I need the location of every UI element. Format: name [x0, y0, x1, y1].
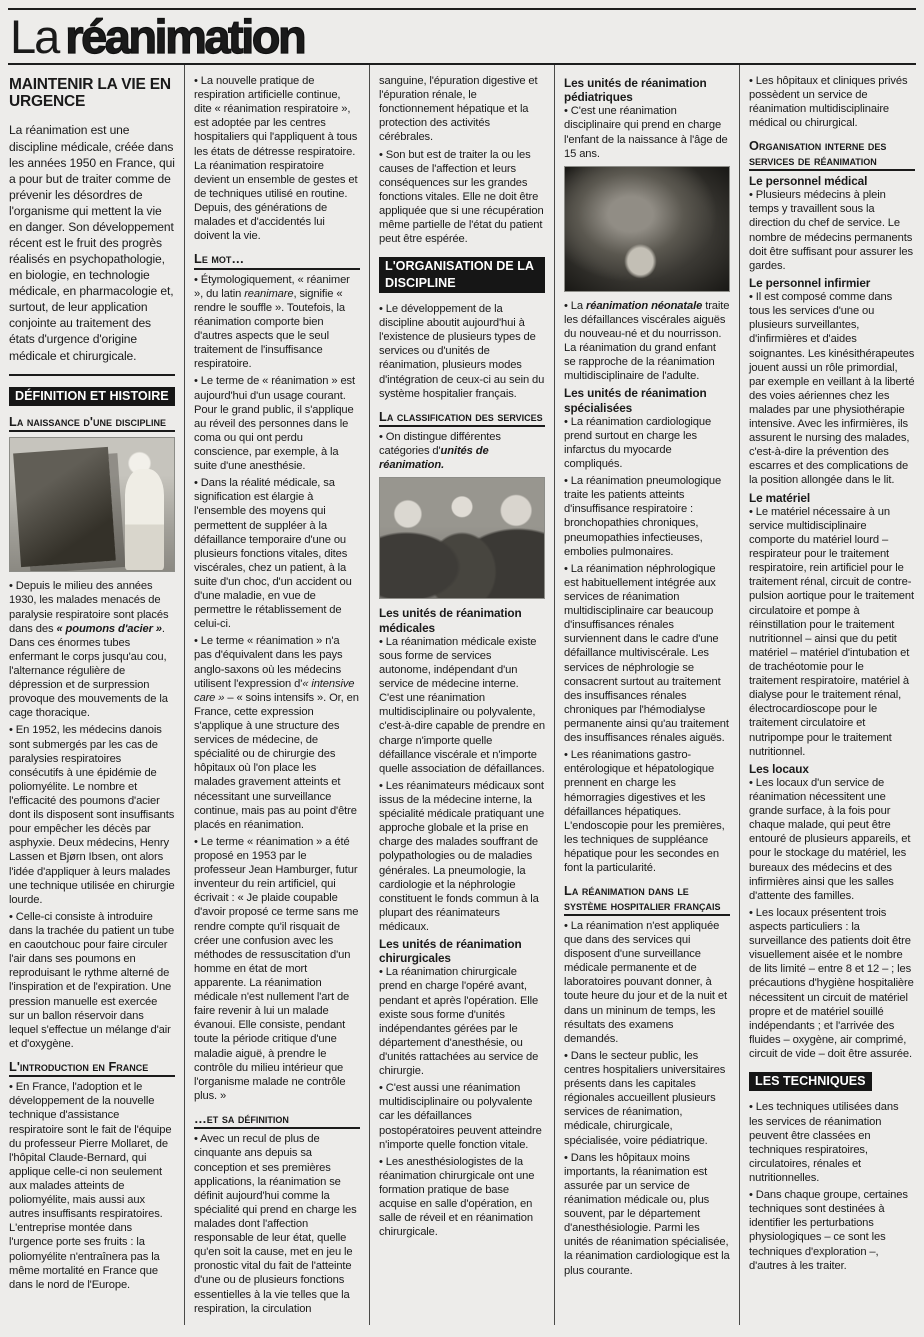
run-in-header: Les locaux — [749, 762, 915, 776]
body-paragraph: sanguine, l'épuration digestive et l'épu… — [379, 74, 545, 145]
body-paragraph: • On distingue différentes catégories d'… — [379, 430, 545, 472]
body-paragraph: • C'est une réanimation disciplinaire qu… — [564, 104, 730, 160]
subsection-header: Organisation interne des services de réa… — [749, 139, 915, 171]
section-header-wrap: L'ORGANISATION DE LA DISCIPLINE — [379, 257, 545, 293]
body-paragraph: • La réanimation chirurgicale prend en c… — [379, 965, 545, 1078]
subsection-header: La classification des services — [379, 410, 545, 427]
subsection-header: Le mot… — [194, 252, 360, 269]
body-paragraph: • Les techniques utilisées dans les serv… — [749, 1100, 915, 1185]
body-paragraph: • La réanimation n'est appliquée que dan… — [564, 919, 730, 1046]
column-4: Les unités de réanimation pédiatriques• … — [554, 65, 739, 1325]
section-header: L'ORGANISATION DE LA DISCIPLINE — [379, 257, 545, 293]
section-headline: MAINTENIR LA VIE EN URGENCE — [9, 77, 175, 110]
page-title: Laréanimation — [10, 12, 916, 62]
body-paragraph: • Les hôpitaux et cliniques privés possè… — [749, 74, 915, 130]
run-in-header: Les unités de réanimation médicales — [379, 606, 545, 634]
run-in-header: Les unités de réanimation spécialisées — [564, 386, 730, 414]
column-5: • Les hôpitaux et cliniques privés possè… — [739, 65, 916, 1325]
body-paragraph: • En France, l'adoption et le développem… — [9, 1080, 175, 1292]
body-paragraph: • Le matériel nécessaire à un service mu… — [749, 505, 915, 759]
text-segment: • La — [564, 300, 586, 312]
iron-lung-photo — [9, 437, 175, 572]
body-paragraph: • Il est composé comme dans tous les ser… — [749, 290, 915, 488]
intro-paragraph: La réanimation est une discipline médica… — [9, 122, 175, 363]
body-paragraph: • La réanimation néphrologique est habit… — [564, 562, 730, 745]
page-title-article: La — [10, 10, 58, 63]
column-3: sanguine, l'épuration digestive et l'épu… — [369, 65, 554, 1325]
run-in-header: Le personnel médical — [749, 174, 915, 188]
body-paragraph: • Plusieurs médecins à plein temps y tra… — [749, 188, 915, 273]
surgery-team-photo — [379, 477, 545, 599]
body-paragraph: • Les réanimateurs médicaux sont issus d… — [379, 779, 545, 934]
section-header-wrap: LES TECHNIQUES — [749, 1072, 915, 1091]
body-paragraph: • Son but est de traiter la ou les cause… — [379, 148, 545, 247]
body-paragraph: • Étymologiquement, « réanimer », du lat… — [194, 273, 360, 372]
page-title-word: réanimation — [65, 10, 304, 63]
body-paragraph: • Les locaux présentent trois aspects pa… — [749, 906, 915, 1061]
run-in-header: Le personnel infirmier — [749, 276, 915, 290]
body-paragraph: • La réanimation néonatale traite les dé… — [564, 299, 730, 384]
body-paragraph: • Le développement de la discipline abou… — [379, 302, 545, 401]
subsection-header: La naissance d'une discipline — [9, 415, 175, 432]
run-in-header: Les unités de réanimation chirurgicales — [379, 937, 545, 965]
body-paragraph: • Les réanimations gastro-entérologique … — [564, 748, 730, 875]
body-paragraph: • Dans chaque groupe, certaines techniqu… — [749, 1188, 915, 1273]
body-paragraph: • Celle-ci consiste à introduire dans la… — [9, 910, 175, 1051]
text-segment: . Dans ces énormes tubes enfermant le co… — [9, 623, 168, 720]
body-paragraph: • Le terme de « réanimation » est aujour… — [194, 374, 360, 473]
body-paragraph: • La réanimation pneumologique traite le… — [564, 474, 730, 559]
text-segment: « poumons d'acier » — [56, 623, 161, 635]
body-paragraph: • En 1952, les médecins danois sont subm… — [9, 723, 175, 906]
section-header: DÉFINITION ET HISTOIRE — [9, 387, 175, 406]
column-2: • La nouvelle pratique de respiration ar… — [184, 65, 369, 1325]
body-paragraph: • Avec un recul de plus de cinquante ans… — [194, 1132, 360, 1315]
section-header-wrap: DÉFINITION ET HISTOIRE — [9, 387, 175, 406]
body-paragraph: • La réanimation cardiologique prend sur… — [564, 415, 730, 471]
encyclopedia-page: Laréanimation MAINTENIR LA VIE EN URGENC… — [0, 0, 924, 1337]
text-segment: réanimation néonatale — [586, 300, 702, 312]
body-paragraph: • La nouvelle pratique de respiration ar… — [194, 74, 360, 243]
subsection-header: La réanimation dans le système hospitali… — [564, 884, 730, 916]
newborn-photo — [564, 166, 730, 292]
body-paragraph: • Le terme « réanimation » n'a pas d'équ… — [194, 634, 360, 832]
run-in-header: Le matériel — [749, 491, 915, 505]
text-segment: reanimare — [244, 288, 293, 300]
body-paragraph: • Le terme « réanimation » a été proposé… — [194, 835, 360, 1103]
body-paragraph: • Dans la réalité médicale, sa significa… — [194, 476, 360, 631]
body-paragraph: • Dans les hôpitaux moins importants, la… — [564, 1151, 730, 1278]
columns: MAINTENIR LA VIE EN URGENCELa réanimatio… — [8, 65, 916, 1325]
text-segment: – « soins intensifs ». Or, en France, ce… — [194, 692, 359, 831]
section-header: LES TECHNIQUES — [749, 1072, 872, 1091]
text-segment: , signifie « rendre le souffle ». Toutef… — [194, 288, 345, 371]
body-paragraph: • Dans le secteur public, les centres ho… — [564, 1049, 730, 1148]
run-in-header: Les unités de réanimation pédiatriques — [564, 76, 730, 104]
column-1: MAINTENIR LA VIE EN URGENCELa réanimatio… — [8, 65, 184, 1325]
body-paragraph: • La réanimation médicale existe sous fo… — [379, 635, 545, 776]
body-paragraph: • Depuis le milieu des années 1930, les … — [9, 579, 175, 720]
page-header: Laréanimation — [8, 8, 916, 65]
body-paragraph: • C'est aussi une réanimation multidisci… — [379, 1081, 545, 1152]
subsection-header: …et sa définition — [194, 1112, 360, 1129]
text-segment: traite les défaillances viscérales aiguë… — [564, 300, 729, 383]
section-divider — [9, 374, 175, 376]
subsection-header: L'introduction en France — [9, 1060, 175, 1077]
body-paragraph: • Les anesthésiologistes de la réanimati… — [379, 1155, 545, 1240]
body-paragraph: • Les locaux d'un service de réanimation… — [749, 776, 915, 903]
